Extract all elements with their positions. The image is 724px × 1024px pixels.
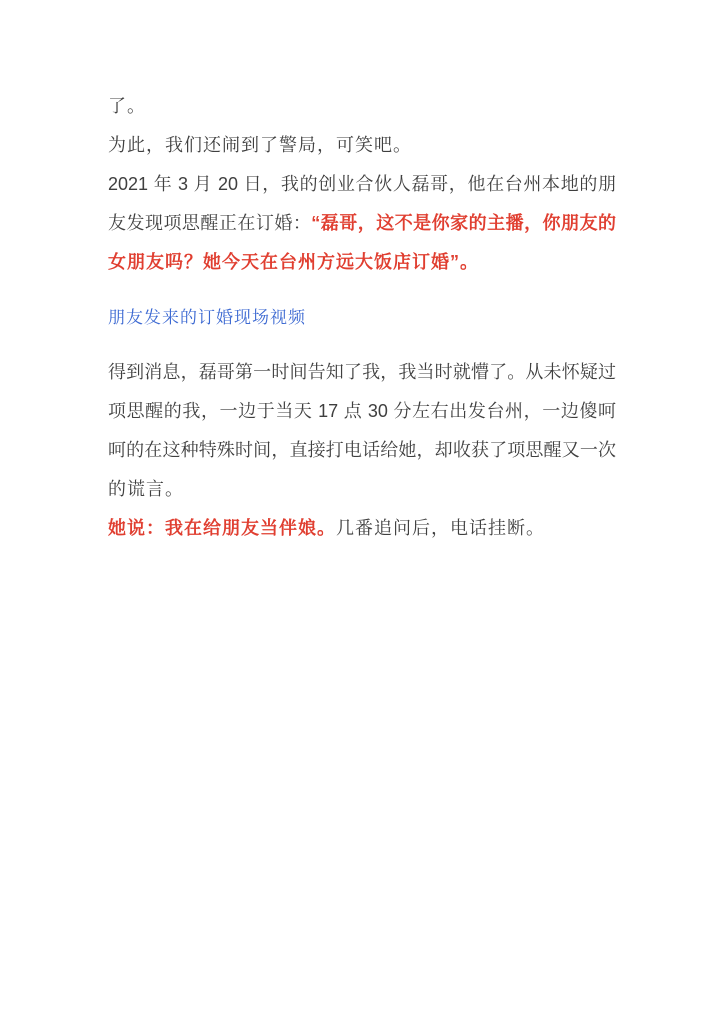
para5-black-tail: 几番追问后，电话挂断。 bbox=[336, 518, 545, 538]
para4-line1: 得到消息，磊哥第一时间告知了我，我当时就懵了。从未怀疑过 bbox=[108, 353, 616, 392]
para4-line4: 的谎言。 bbox=[108, 470, 616, 509]
para5-line: 她说：我在给朋友当伴娘。几番追问后，电话挂断。 bbox=[108, 509, 616, 548]
article-body: 了。 为此，我们还闹到了警局，可笑吧。 2021 年 3 月 20 日，我的创业… bbox=[108, 87, 616, 548]
engagement-video-link[interactable]: 朋友发来的订婚现场视频 bbox=[108, 308, 306, 327]
para3-line3-red-quote: 女朋友吗？她今天在台州方远大饭店订婚”。 bbox=[108, 252, 479, 272]
para5-red-statement: 她说：我在给朋友当伴娘。 bbox=[108, 518, 336, 538]
para3-line1: 2021 年 3 月 20 日，我的创业合伙人磊哥，他在台州本地的朋 bbox=[108, 165, 616, 204]
para4-line3: 呵的在这种特殊时间，直接打电话给她，却收获了项思醒又一次 bbox=[108, 431, 616, 470]
para2-line: 为此，我们还闹到了警局，可笑吧。 bbox=[108, 126, 616, 165]
video-link-row: 朋友发来的订婚现场视频 bbox=[108, 298, 616, 337]
para1-line: 了。 bbox=[108, 87, 616, 126]
para3-line2-black-text: 友发现项思醒正在订婚： bbox=[108, 213, 311, 233]
para3-line2: 友发现项思醒正在订婚：“磊哥，这不是你家的主播，你朋友的 bbox=[108, 204, 616, 243]
para4-line2: 项思醒的我，一边于当天 17 点 30 分左右出发台州，一边傻呵 bbox=[108, 392, 616, 431]
para3-line2-red-quote: “磊哥，这不是你家的主播，你朋友的 bbox=[311, 213, 616, 233]
para3-line3: 女朋友吗？她今天在台州方远大饭店订婚”。 bbox=[108, 243, 616, 282]
document-page: 了。 为此，我们还闹到了警局，可笑吧。 2021 年 3 月 20 日，我的创业… bbox=[0, 0, 724, 1024]
